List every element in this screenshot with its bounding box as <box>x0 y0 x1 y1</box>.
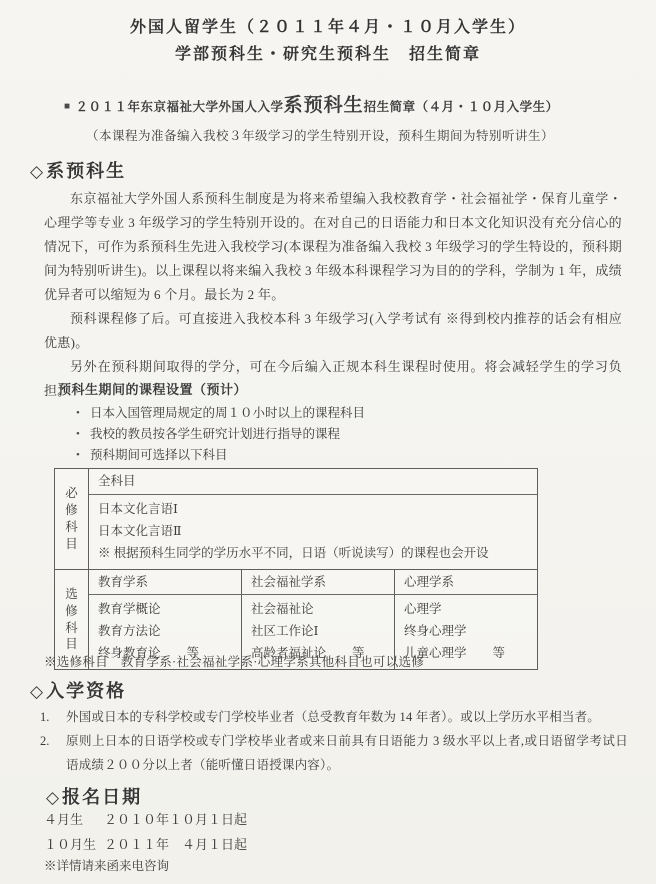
qualification-list: 1. 外国或日本的专科学校或专门学校毕业者（总受教育年数为 14 年者）。或以上… <box>40 705 628 777</box>
title-line-1: 外国人留学生（２０１１年４月・１０月入学生） <box>0 14 656 41</box>
item-text: 原则上日本的日语学校或专门学校毕业者或来日前具有日语能力 3 级水平以上者,或日… <box>66 729 628 777</box>
yuke-paragraphs: 东京福祉大学外国人系预科生制度是为将来希望编入我校教育学・社会福祉学・保育儿童学… <box>44 187 622 403</box>
list-item: 1. 外国或日本的专科学校或专门学校毕业者（总受教育年数为 14 年者）。或以上… <box>40 705 628 729</box>
banner-note: （本课程为准备编入我校３年级学习的学生特别开设，预科生期间为特别听讲生） <box>86 126 554 144</box>
section-heading-qualification: ◇入学资格 <box>30 677 126 703</box>
scanned-admission-document: 外国人留学生（２０１１年４月・１０月入学生） 学部预科生・研究生预科生 招生简章… <box>0 0 656 884</box>
required-subjects-group: 必修科目 全科目 日本文化言语Ⅰ 日本文化言语Ⅱ ※ 根据预科生同学的学历水平不… <box>55 469 537 570</box>
diamond-icon: ◇ <box>30 162 45 181</box>
table-cell-course: 日本文化言语Ⅰ <box>98 498 528 520</box>
diamond-icon: ◇ <box>46 788 61 807</box>
list-item: 2. 原则上日本的日语学校或专门学校毕业者或来日前具有日语能力 3 级水平以上者… <box>40 729 628 777</box>
course-table: 必修科目 全科目 日本文化言语Ⅰ 日本文化言语Ⅱ ※ 根据预科生同学的学历水平不… <box>54 468 538 670</box>
section-heading-dates-label: 报名日期 <box>62 787 142 807</box>
table-cell-course: 终身心理学 <box>404 620 528 642</box>
bullet-text: 我校的教员按各学生研究计划进行指导的课程 <box>90 424 340 445</box>
courses-setup-title: 预科生期间的课程设置（预计） <box>58 379 247 398</box>
date-label: １０月生 <box>44 832 104 857</box>
banner-suffix: 招生简章（４月・１０月入学生） <box>364 100 559 114</box>
courses-bullet-list: • 日本入国管理局规定的周１０小时以上的课程科目 • 我校的教员按各学生研究计划… <box>76 403 365 466</box>
table-cell-course: 社会福祉论 <box>251 598 385 620</box>
table-cell-all-subjects: 全科目 <box>89 469 537 495</box>
title-line-2: 学部预科生・研究生预科生 招生简章 <box>0 41 656 68</box>
list-item: • 预科期间可选择以下科目 <box>76 445 365 466</box>
section-heading-qualification-label: 入学资格 <box>46 681 126 701</box>
paragraph-after-completion: 预科课程修了后。可直接进入我校本科 3 年级学习(入学考试有 ※得到校内推荐的话… <box>44 307 622 355</box>
section-heading-yuke: ◇系预科生 <box>30 157 126 183</box>
item-text: 外国或日本的专科学校或专门学校毕业者（总受教育年数为 14 年者）。或以上学历水… <box>66 705 628 729</box>
document-title: 外国人留学生（２０１１年４月・１０月入学生） 学部预科生・研究生预科生 招生简章 <box>0 14 656 68</box>
etc-label: 等 <box>493 642 506 664</box>
date-label: ４月生 <box>44 807 104 832</box>
application-date-rows: ４月生 ２０１０年１０月１日起 １０月生 ２０１１年 ４月１日起 <box>44 807 247 857</box>
list-item: • 我校的教员按各学生研究计划进行指导的课程 <box>76 424 365 445</box>
bullet-dot-icon: • <box>76 403 90 424</box>
item-number: 2. <box>40 729 66 777</box>
section-heading-yuke-label: 系预科生 <box>46 161 126 181</box>
required-subjects-stub: 必修科目 <box>55 469 89 569</box>
bullet-dot-icon: • <box>76 424 90 445</box>
contact-note: ※详情请来函来电咨询 <box>44 856 169 874</box>
required-course-lines: 日本文化言语Ⅰ 日本文化言语Ⅱ ※ 根据预科生同学的学历水平不同，日语（听说读写… <box>89 495 537 569</box>
banner-prefix: ２０１１年东京福祉大学外国人入学 <box>76 100 284 114</box>
date-row-april: ４月生 ２０１０年１０月１日起 <box>44 807 247 832</box>
program-banner: ■２０１１年东京福祉大学外国人入学系预科生招生简章（４月・１０月入学生） <box>64 90 559 117</box>
table-header-dept: 教育学系 <box>89 570 241 595</box>
date-value: ２０１０年１０月１日起 <box>104 807 247 832</box>
elective-subjects-stub-label: 选修科目 <box>64 586 78 654</box>
date-value: ２０１１年 ４月１日起 <box>104 832 247 857</box>
list-item: • 日本入国管理局规定的周１０小时以上的课程科目 <box>76 403 365 424</box>
diamond-icon: ◇ <box>30 682 45 701</box>
section-heading-dates: ◇报名日期 <box>46 783 142 809</box>
bullet-dot-icon: • <box>76 445 90 466</box>
square-bullet-icon: ■ <box>64 101 71 112</box>
table-cell-course: 教育方法论 <box>98 620 232 642</box>
item-number: 1. <box>40 705 66 729</box>
table-header-dept: 社会福祉学系 <box>242 570 394 595</box>
table-cell-course: 教育学概论 <box>98 598 232 620</box>
table-header-dept: 心理学系 <box>395 570 537 595</box>
table-cell-course: 社区工作论Ⅰ <box>251 620 385 642</box>
paragraph-intro: 东京福祉大学外国人系预科生制度是为将来希望编入我校教育学・社会福祉学・保育儿童学… <box>44 187 622 307</box>
table-footnote: ※选修科目 教育学系·社会福祉学系·心理学系其他科目也可以选修 <box>44 652 424 670</box>
table-cell-course: 心理学 <box>404 598 528 620</box>
date-row-october: １０月生 ２０１１年 ４月１日起 <box>44 832 247 857</box>
required-subjects-content: 全科目 日本文化言语Ⅰ 日本文化言语Ⅱ ※ 根据预科生同学的学历水平不同，日语（… <box>89 469 537 569</box>
required-subjects-stub-label: 必修科目 <box>64 485 78 553</box>
banner-highlight: 系预科生 <box>284 95 364 116</box>
table-cell-course: 日本文化言语Ⅱ <box>98 520 528 542</box>
table-cell-note: ※ 根据预科生同学的学历水平不同，日语（听说读写）的课程也会开设 <box>98 542 528 564</box>
bullet-text: 预科期间可选择以下科目 <box>90 445 228 466</box>
bullet-text: 日本入国管理局规定的周１０小时以上的课程科目 <box>90 403 365 424</box>
